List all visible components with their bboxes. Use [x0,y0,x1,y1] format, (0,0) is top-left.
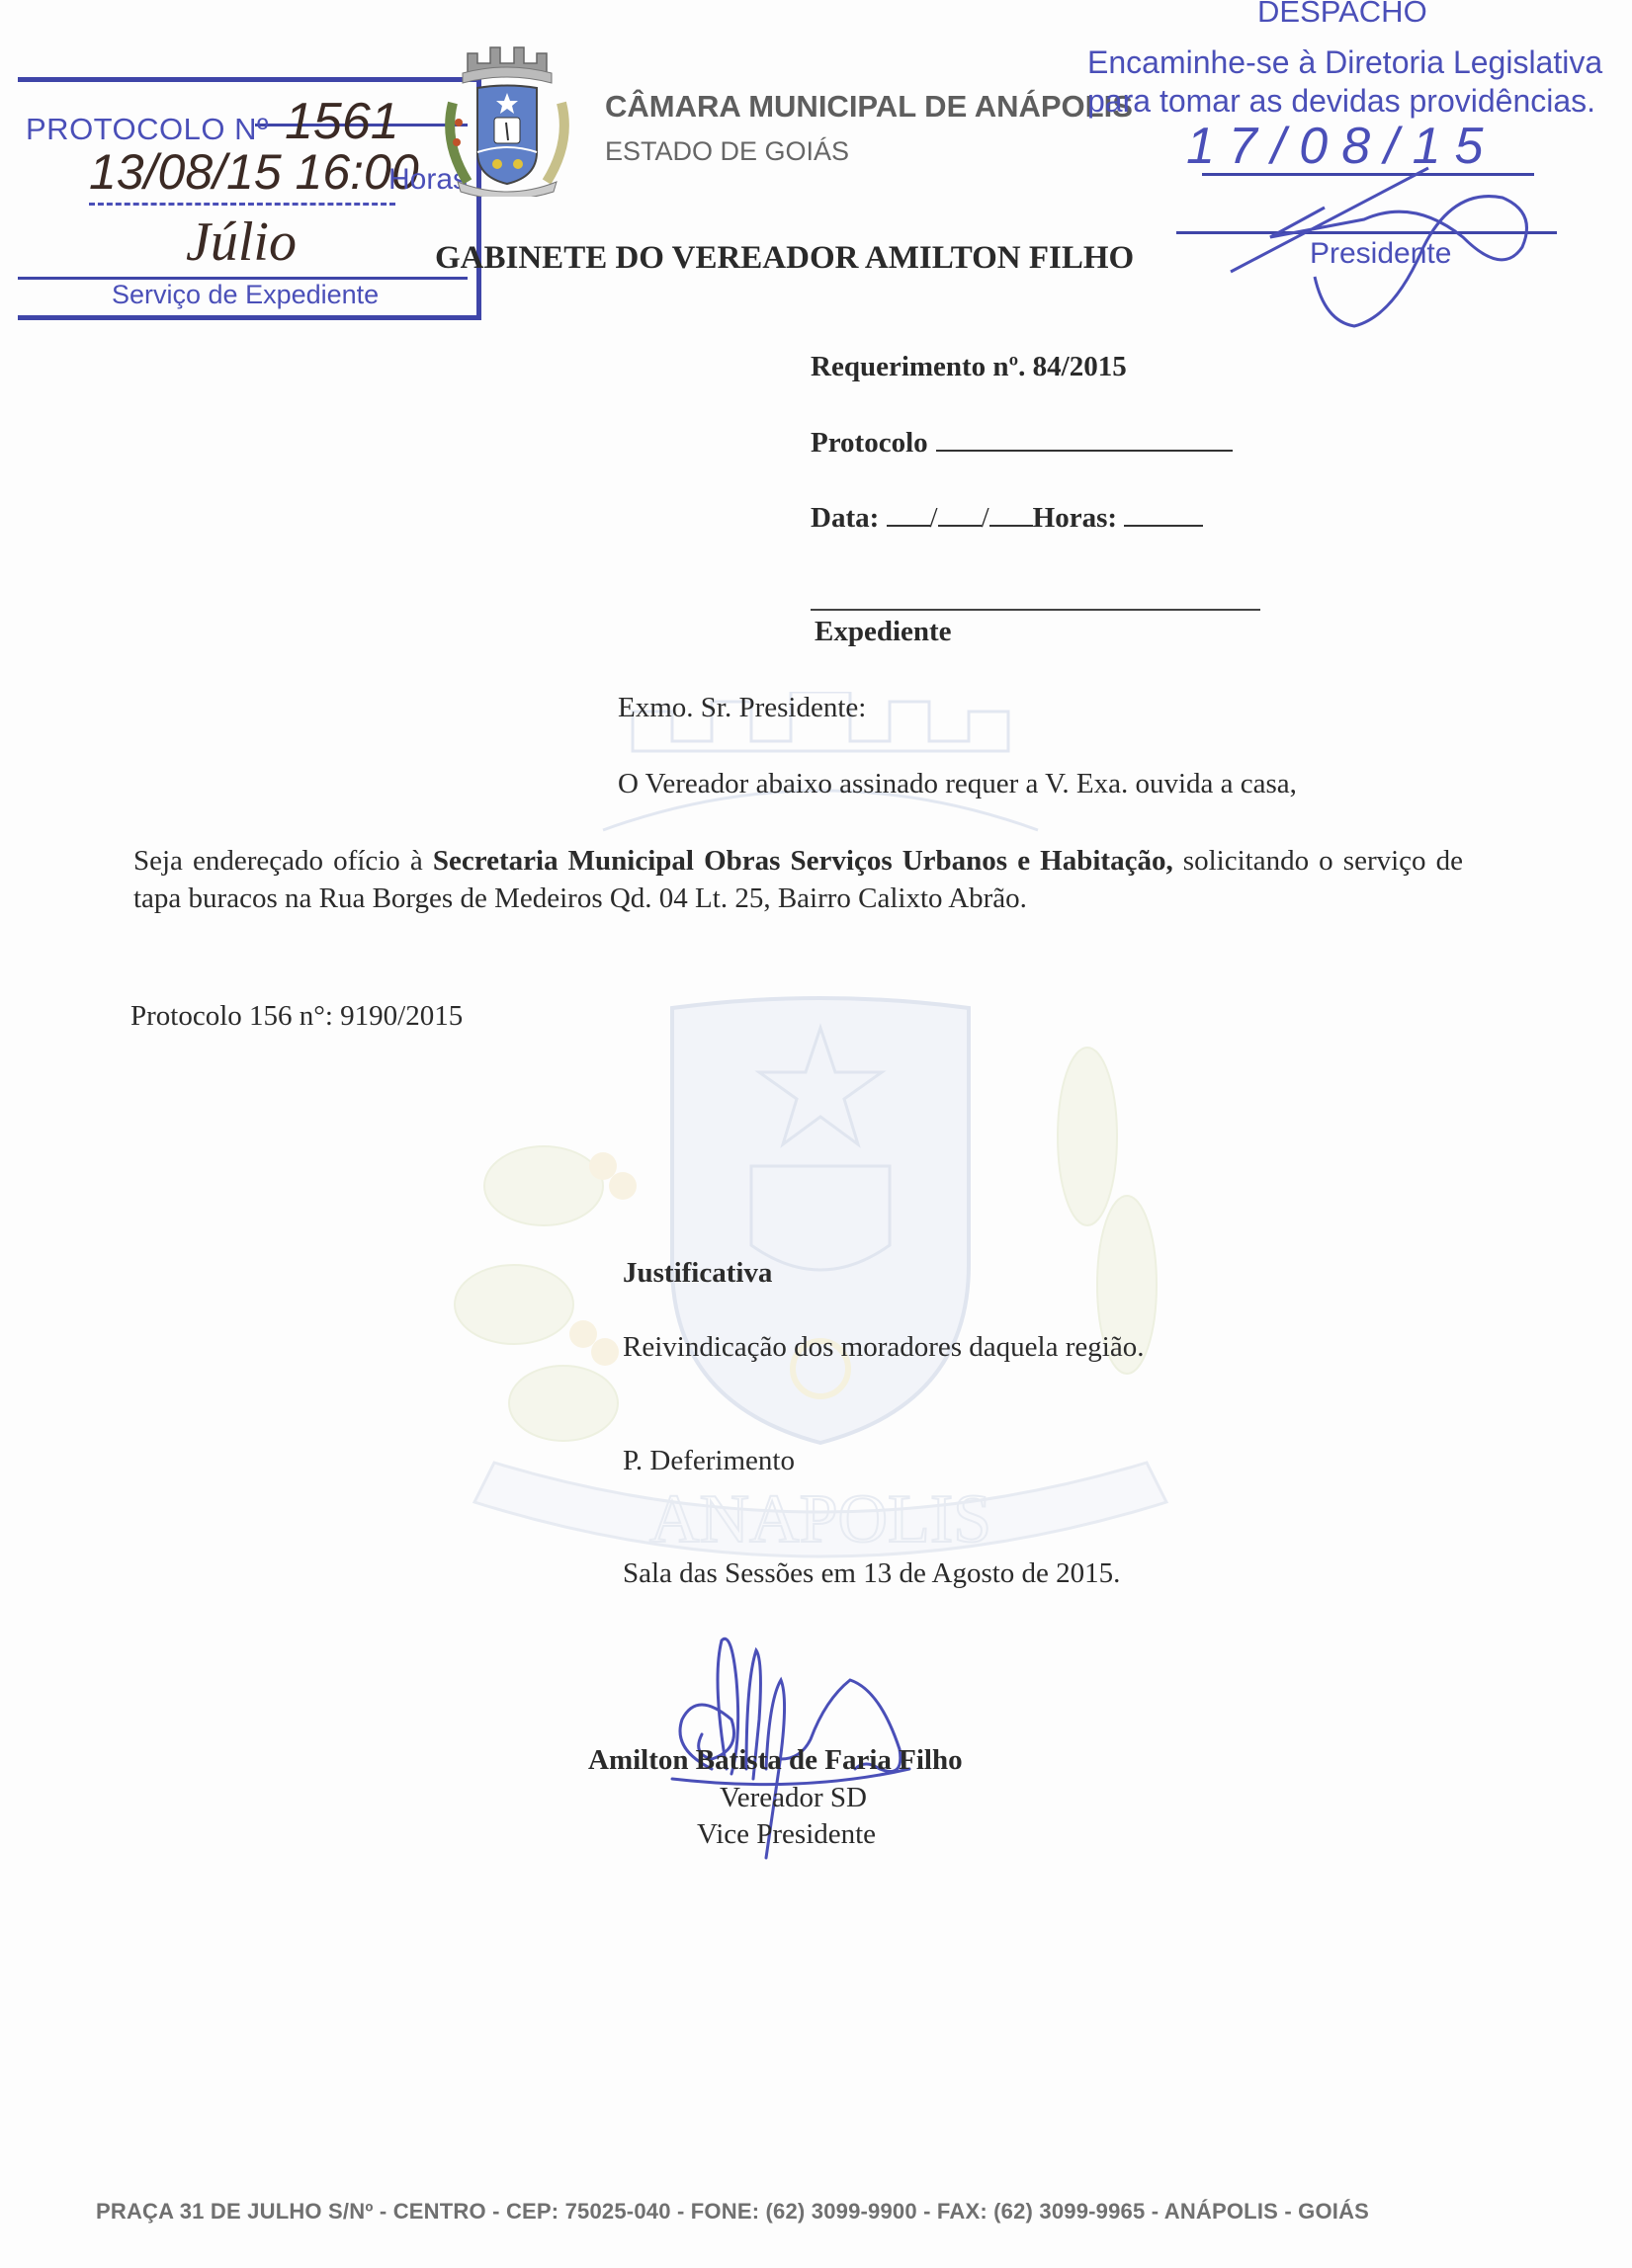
month-blank [938,503,982,527]
place-date: Sala das Sessões em 13 de Agosto de 2015… [623,1557,1120,1590]
president-signature-icon [1087,0,1632,341]
protocol-date-time: 13/08/15 16:00 [89,143,419,201]
request-date-field: Data: //Horas: [811,502,1203,535]
coat-of-arms-icon [443,43,571,197]
protocol-number: 1561 [285,92,399,151]
date-underline [89,203,395,206]
intro-text: O Vereador abaixo assinado requer a V. E… [618,768,1297,800]
watermark-coat-of-arms-icon: ANAPOLIS [376,692,1265,1581]
protocol-reference: Protocolo 156 n°: 9190/2015 [130,1000,463,1033]
signer-name: Amilton Batista de Faria Filho [588,1744,963,1777]
expediente-signature-line [811,609,1260,611]
day-blank [887,503,930,527]
hours-field-label: Horas: [1033,502,1117,534]
footer-address: PRAÇA 31 DE JULHO S/Nº - CENTRO - CEP: 7… [96,2199,1369,2225]
svg-text:ANAPOLIS: ANAPOLIS [649,1481,991,1557]
cabinet-title: GABINETE DO VEREADOR AMILTON FILHO [435,240,1134,277]
justification-heading: Justificativa [623,1257,772,1290]
protocol-field-label: Protocolo [811,427,928,459]
request-protocol-field: Protocolo [811,427,1233,460]
department-label: Serviço de Expediente [112,280,379,310]
dispatch-stamp: DESPACHO Encaminhe-se à Diretoria Legisl… [1087,0,1632,341]
year-blank [989,503,1033,527]
paragraph-prefix: Seja endereçado ofício à [133,845,433,877]
hours-blank [1124,503,1203,527]
receiver-signature: Júlio [186,210,297,274]
state-name: ESTADO DE GOIÁS [605,136,849,167]
greeting: Exmo. Sr. Presidente: [618,692,866,724]
justification-text: Reivindicação dos moradores daquela regi… [623,1331,1144,1364]
signer-title: Vice Presidente [697,1818,876,1851]
signer-role: Vereador SD [720,1782,867,1814]
institution-name: CÂMARA MUNICIPAL DE ANÁPOLIS [605,89,1133,125]
expediente-label: Expediente [815,616,952,648]
request-paragraph: Seja endereçado ofício à Secretaria Muni… [133,842,1463,917]
paragraph-recipient: Secretaria Municipal Obras Serviços Urba… [433,845,1173,877]
closing-text: P. Deferimento [623,1445,795,1477]
protocol-label: PROTOCOLO Nº [26,112,269,147]
protocol-stamp: PROTOCOLO Nº 1561 13/08/15 16:00 Horas J… [18,77,481,320]
protocol-date: 13/08/15 [89,144,282,200]
date-field-label: Data: [811,502,879,534]
request-number: Requerimento nº. 84/2015 [811,351,1127,383]
protocol-blank [936,428,1233,452]
